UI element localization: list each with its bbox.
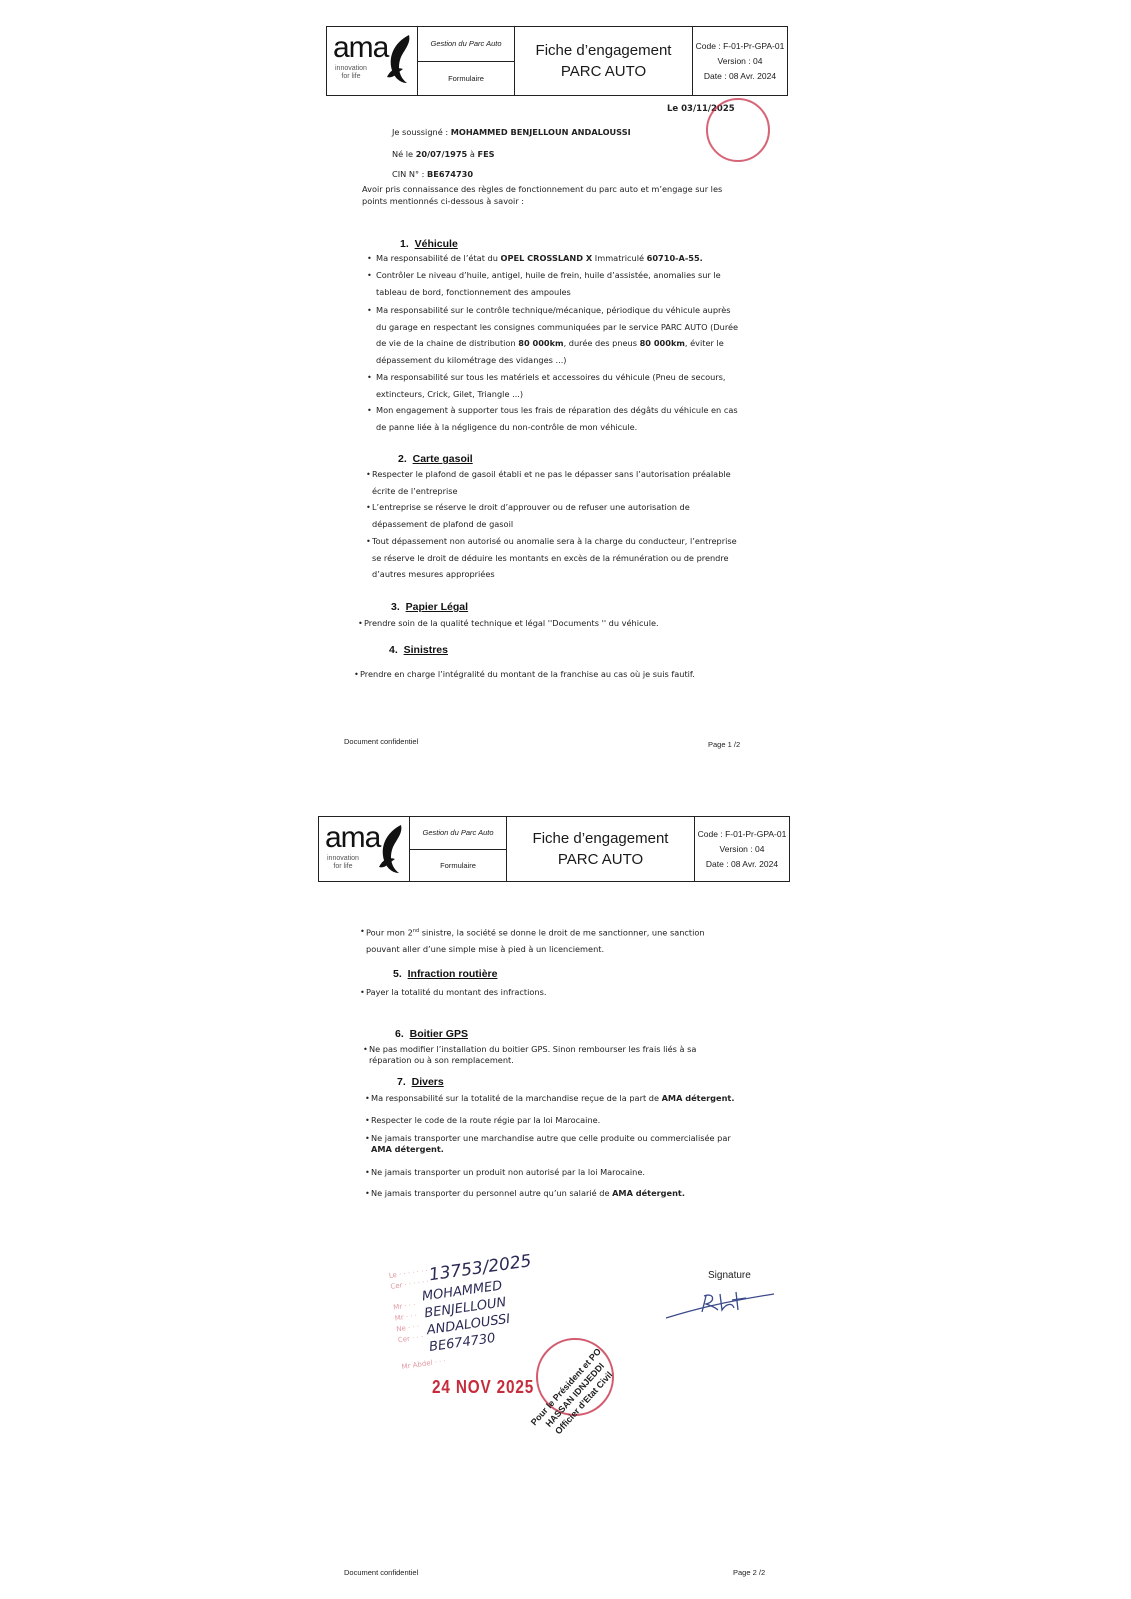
section-infraction-heading: 5. Infraction routière bbox=[393, 968, 497, 980]
ama-logo: ama innovationfor life bbox=[319, 817, 410, 881]
list-item: •Respecter le code de la route régie par… bbox=[371, 1112, 600, 1129]
list-item: •Ma responsabilité sur la totalité de la… bbox=[371, 1090, 734, 1107]
signature-scribble bbox=[662, 1284, 782, 1324]
signature-label: Signature bbox=[708, 1270, 751, 1281]
document-meta: Code : F-01-Pr-GPA-01 Version : 04 Date … bbox=[695, 817, 789, 881]
document-title: Fiche d’engagement PARC AUTO bbox=[507, 817, 695, 881]
handwritten-name: MOHAMMED BENJELLOUN ANDALOUSSI BE674730 bbox=[421, 1277, 514, 1356]
list-item: •Ne jamais transporter un produit non au… bbox=[371, 1164, 645, 1181]
doc-type-label: Formulaire bbox=[410, 850, 506, 882]
footer-page-number: Page 2 /2 bbox=[733, 1568, 765, 1577]
list-item: •Payer la totalité du montant des infrac… bbox=[366, 984, 546, 1001]
list-item: •Ne pas modifier l’installation du boiti… bbox=[369, 1044, 696, 1066]
section-divers-heading: 7. Divers bbox=[397, 1076, 444, 1088]
document-header: ama innovationfor life Gestion du Parc A… bbox=[318, 816, 790, 882]
stamp-date: 24 NOV 2025 bbox=[432, 1377, 534, 1398]
list-item: •Pour mon 2nd sinistre, la société se do… bbox=[366, 923, 705, 958]
department-label: Gestion du Parc Auto bbox=[410, 817, 506, 850]
list-item: •Ne jamais transporter du personnel autr… bbox=[371, 1185, 685, 1202]
leaf-icon bbox=[375, 823, 405, 875]
section-gps-heading: 6. Boitier GPS bbox=[395, 1028, 468, 1040]
list-item: •Ne jamais transporter une marchandise a… bbox=[371, 1133, 731, 1155]
page-2: ama innovationfor life Gestion du Parc A… bbox=[0, 0, 1131, 1599]
footer-confidential: Document confidentiel bbox=[344, 1568, 418, 1577]
